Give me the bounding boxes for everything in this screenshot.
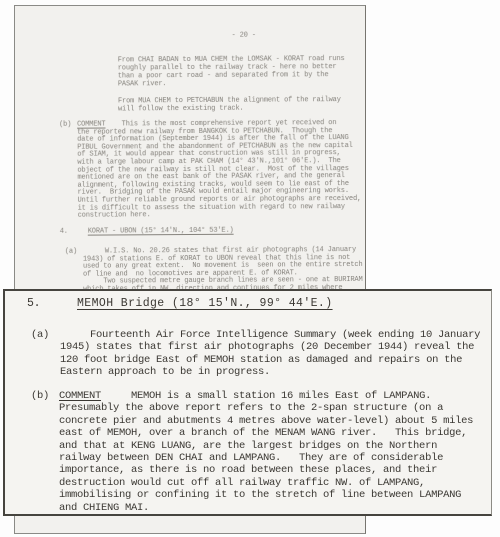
item-b-comment-paragraph: COMMENT MEMOH is a small station 16 mile… bbox=[59, 390, 487, 514]
scanned-documents-stage: - 20 - From CHAI BADAN to MUA CHEM the L… bbox=[0, 0, 500, 537]
paragraph-road-description: From CHAI BADAN to MUA CHEM the LOMSAK -… bbox=[118, 56, 380, 89]
paragraph-railway-alignment: From MUA CHEM to PETCHABUN the alignment… bbox=[118, 97, 380, 114]
item-b-label: (b) bbox=[59, 122, 71, 130]
comment-label: COMMENT bbox=[59, 390, 101, 402]
section-4-heading: KORAT - UBON (15° 14'N., 104° 53'E.) bbox=[88, 228, 234, 237]
item-a-paragraph: W.I.S. No. 20.26 states that first air p… bbox=[83, 247, 379, 294]
item-a-paragraph: Fourteenth Air Force Intelligence Summar… bbox=[60, 329, 486, 379]
section-4-number: 4. bbox=[60, 229, 68, 237]
item-b-text: MEMOH is a small station 16 miles East o… bbox=[59, 390, 473, 514]
front-document-page: 5. MEMOH Bridge (18° 15'N., 99° 44'E.) (… bbox=[3, 289, 492, 516]
item-b-label: (b) bbox=[31, 390, 49, 402]
section-5-heading: MEMOH Bridge (18° 15'N., 99° 44'E.) bbox=[77, 298, 333, 310]
item-b-text: This is the most comprehensive report ye… bbox=[77, 119, 361, 220]
item-b-comment-paragraph: COMMENT This is the most comprehensive r… bbox=[77, 120, 374, 221]
front-page-content: 5. MEMOH Bridge (18° 15'N., 99° 44'E.) (… bbox=[5, 291, 491, 514]
page-number: - 20 - bbox=[232, 33, 256, 41]
section-5-number: 5. bbox=[27, 298, 40, 310]
item-a-label: (a) bbox=[31, 329, 49, 341]
item-a-label: (a) bbox=[65, 249, 77, 257]
